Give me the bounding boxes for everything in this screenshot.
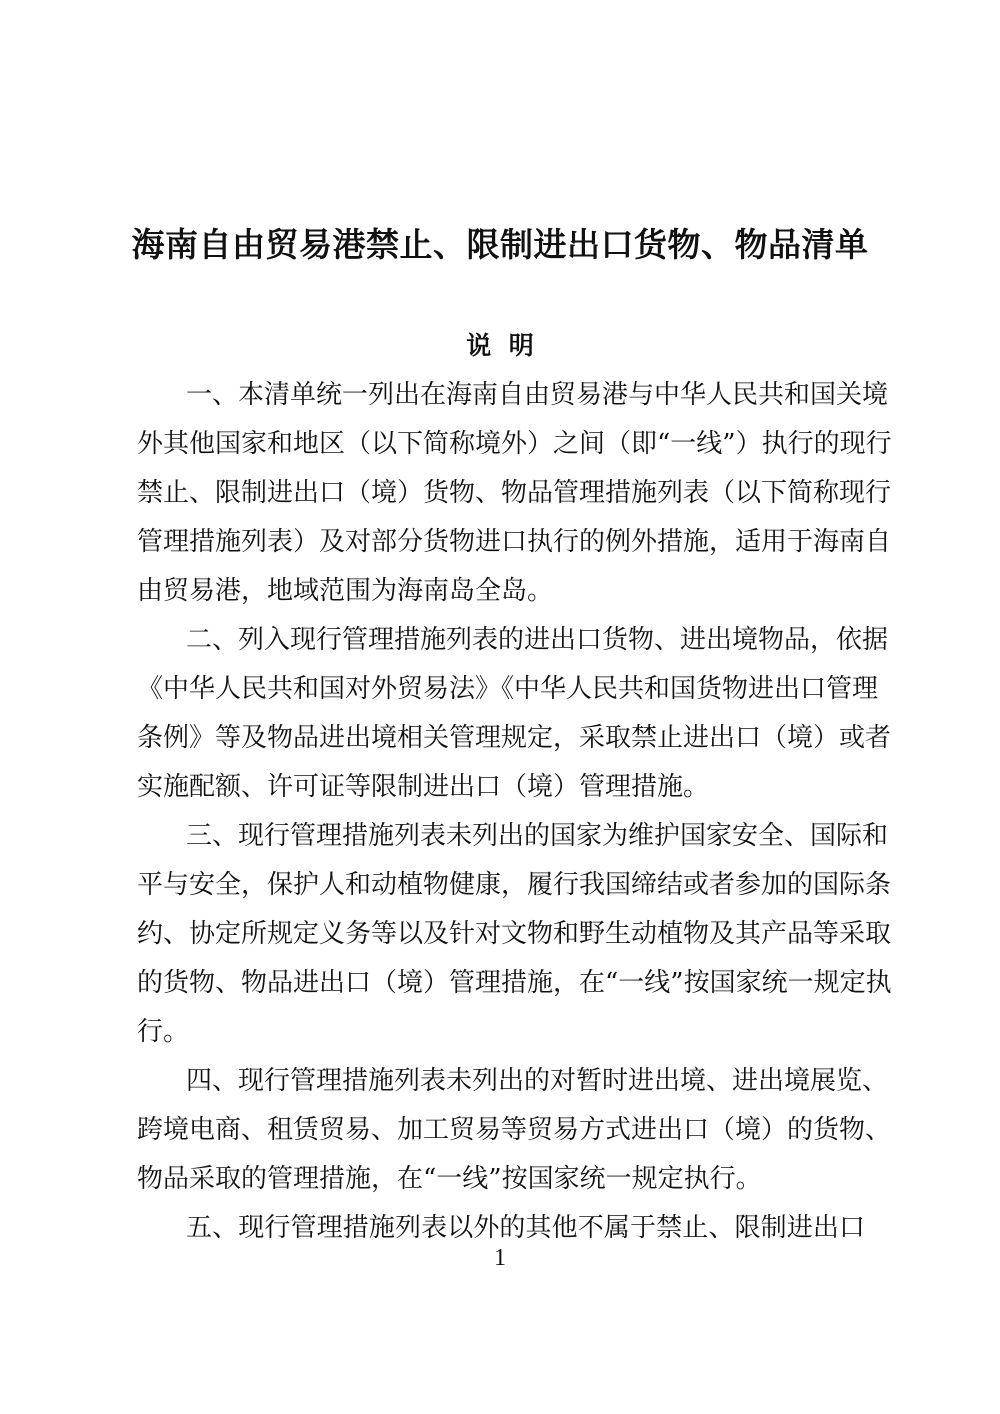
paragraph-1-line-5: 由贸易港，地域范围为海南岛全岛。 [137,571,865,611]
paragraph-3-line-1: 三、现行管理措施列表未列出的国家为维护国家安全、国际和 [186,816,865,856]
paragraph-2-line-2: 《中华人民共和国对外贸易法》《中华人民共和国货物进出口管理 [137,669,865,709]
paragraph-3-line-2: 平与安全，保护人和动植物健康，履行我国缔结或者参加的国际条 [137,865,865,905]
document-title: 海南自由贸易港禁止、限制进出口货物、物品清单 [0,222,1000,268]
paragraph-5-line-1: 五、现行管理措施列表以外的其他不属于禁止、限制进出口 [186,1208,865,1248]
paragraph-3-line-5: 行。 [137,1012,865,1052]
paragraph-4-line-1: 四、现行管理措施列表未列出的对暂时进出境、进出境展览、 [186,1061,865,1101]
paragraph-3-line-3: 约、协定所规定义务等以及针对文物和野生动植物及其产品等采取 [137,914,865,954]
section-heading: 说 明 [0,329,1000,363]
paragraph-4-line-3: 物品采取的管理措施，在“一线”按国家统一规定执行。 [137,1159,865,1199]
paragraph-1-line-2: 外其他国家和地区（以下简称境外）之间（即“一线”）执行的现行 [137,424,865,464]
paragraph-1-line-1: 一、本清单统一列出在海南自由贸易港与中华人民共和国关境 [186,375,865,415]
paragraph-1-line-3: 禁止、限制进出口（境）货物、物品管理措施列表（以下简称现行 [137,473,865,513]
paragraph-2-line-4: 实施配额、许可证等限制进出口（境）管理措施。 [137,767,865,807]
paragraph-2-line-3: 条例》等及物品进出境相关管理规定，采取禁止进出口（境）或者 [137,718,865,758]
paragraph-1-line-4: 管理措施列表）及对部分货物进口执行的例外措施，适用于海南自 [137,522,865,562]
paragraph-2-line-1: 二、列入现行管理措施列表的进出口货物、进出境物品，依据 [186,620,865,660]
paragraph-4-line-2: 跨境电商、租赁贸易、加工贸易等贸易方式进出口（境）的货物、 [137,1110,865,1150]
page-number: 1 [0,1245,1000,1272]
paragraph-3-line-4: 的货物、物品进出口（境）管理措施，在“一线”按国家统一规定执 [137,963,865,1003]
